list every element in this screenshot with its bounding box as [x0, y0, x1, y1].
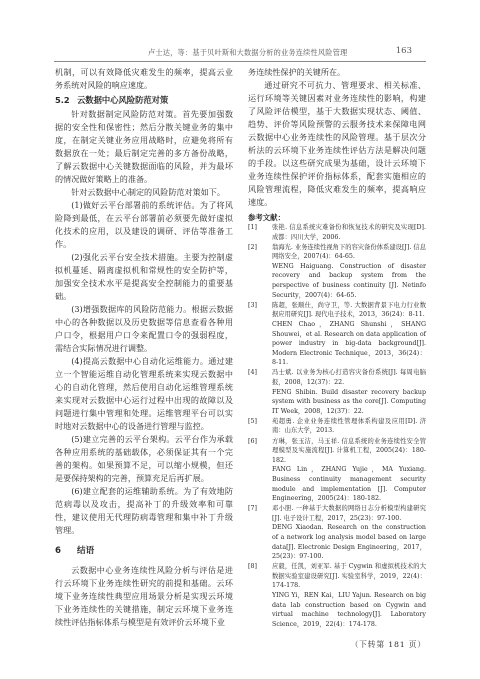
paragraph: 针对云数据中心制定的风险防范对策如下。 — [55, 186, 233, 199]
references-title: 参考文献： — [248, 211, 426, 223]
reference-item: [4]冯士斌. 以业务为核心打造容灾备份系统[J]. 每周电脑报，2008，12… — [248, 368, 426, 416]
reference-zh: 应毅，任凯，刘亚军. 基于 Cygwin 和虚拟机技术的大数据实验室建设研究[J… — [272, 563, 426, 589]
reference-zh: 陈超，张顺仕，尚守卫，等. 大数据背景下电力行业数据应用研究[J]. 现代电子技… — [272, 302, 426, 319]
paragraph-continued: 务连续性保护的关键所在。 — [248, 66, 426, 79]
page-number: 163 — [396, 46, 412, 56]
section-number: 6 — [55, 545, 77, 558]
reference-zh: 苑超勇. 企业业务连续性管理体系构建及应用[D]. 济南：山东大学，2013. — [272, 418, 426, 435]
reference-zh: 张艳. 信息系统灾难备份和恢复技术的研究及实现[D]. 成都：四川大学，2006… — [272, 224, 426, 241]
paragraph: (2)强化云平台安全技术措施。主要为控制虚拟机蔓延、隔离虚拟机和常规性的安全防护… — [55, 251, 233, 303]
reference-zh: 方琳，张玉洁，马玉祥. 信息系统的业务连续性安全管理模型及实施流程[J]. 计算… — [272, 438, 426, 464]
section-title: 结语 — [77, 546, 94, 556]
section-heading-5-2: 5.2云数据中心风险防范对策 — [55, 94, 233, 107]
paragraph: 通过研究不可抗力、管理要求、相关标准、运行环境等关键因素对业务连续性的影响，构建… — [248, 79, 426, 209]
left-column: 机制，可以有效降低灾难发生的频率，提高云业务系统对风险的响应速度。 5.2云数据… — [55, 66, 233, 629]
reference-index: [7] — [248, 504, 257, 514]
reference-zh: 冯士斌. 以业务为核心打造容灾备份系统[J]. 每周电脑报，2008，12(37… — [272, 369, 426, 386]
paragraph: (6)建立配套的运维辅助系统。为了有效地防范病毒以及攻击，提高补丁的升级效率和可… — [55, 485, 233, 537]
reference-index: [8] — [248, 562, 257, 572]
paragraph: (1)做好云平台部署前的系统评估。为了将风险降到最低，在云平台部署前必须要先做好… — [55, 199, 233, 251]
reference-item: [8]应毅，任凯，刘亚军. 基于 Cygwin 和虚拟机技术的大数据实验室建设研… — [248, 562, 426, 629]
paragraph: (5)建立完善的云平台架构。云平台作为承载各种应用系统的基础载体，必须保证其有一… — [55, 433, 233, 485]
reference-en: WENG Haiguang. Construction of disaster … — [272, 262, 426, 300]
section-title: 云数据中心风险防范对策 — [77, 95, 168, 105]
paragraph-continued: 机制，可以有效降低灾难发生的频率，提高云业务系统对风险的响应速度。 — [55, 66, 233, 92]
running-header: 卢士达，等：基于贝叶斯和大数据分析的业务连续性风险管理 163 — [54, 44, 426, 62]
reference-index: [4] — [248, 368, 257, 378]
reference-list: [1]张艳. 信息系统灾难备份和恢复技术的研究及实现[D]. 成都：四川大学，2… — [248, 223, 426, 629]
conclusion-paragraph: 云数据中心业务连续性风险分析与评估是进行云环境下业务连续性研究的前提和基础。云环… — [55, 564, 233, 629]
paragraph: (3)增强数据库的风险防范能力。根据云数据中心的各种数据以及历史数据等信息查看各… — [55, 303, 233, 355]
reference-en: FANG Lin，ZHANG Yujie，MA Yuxiang. Busines… — [272, 465, 426, 503]
reference-en: FENG Shibin. Build disaster recovery bac… — [272, 388, 426, 417]
reference-item: [3]陈超，张顺仕，尚守卫，等. 大数据背景下电力行业数据应用研究[J]. 现代… — [248, 301, 426, 368]
reference-en: DENG Xiaodan. Research on the constructi… — [272, 523, 426, 561]
reference-item: [6]方琳，张玉洁，马玉祥. 信息系统的业务连续性安全管理模型及实施流程[J].… — [248, 437, 426, 504]
reference-item: [1]张艳. 信息系统灾难备份和恢复技术的研究及实现[D]. 成都：四川大学，2… — [248, 223, 426, 242]
reference-item: [5]苑超勇. 企业业务连续性管理体系构建及应用[D]. 济南：山东大学，201… — [248, 417, 426, 436]
section-heading-6: 6结语 — [55, 545, 233, 558]
reference-index: [6] — [248, 437, 257, 447]
right-column: 务连续性保护的关键所在。 通过研究不可抗力、管理要求、相关标准、运行环境等关键因… — [248, 66, 426, 651]
paragraph: (4)提高云数据中心自动化运维能力。通过建立一个智能运维自动化管理系统来实现云数… — [55, 355, 233, 433]
reference-index: [3] — [248, 301, 257, 311]
paragraph: 针对数据制定风险防范对策。首先要加强数据的安全性和保密性；然后分散关键业务的集中… — [55, 108, 233, 186]
reference-en: CHEN Chao，ZHANG Shunshi，SHANG Shouwei，et… — [272, 320, 426, 368]
running-title: 卢士达，等：基于贝叶斯和大数据分析的业务连续性风险管理 — [148, 48, 347, 58]
reference-index: [2] — [248, 243, 257, 253]
reference-index: [1] — [248, 223, 257, 233]
reference-item: [7]邓小胆. 一种基于大数据的网络日志分析模型构建研究[J]. 电子设计工程，… — [248, 504, 426, 562]
reference-index: [5] — [248, 417, 257, 427]
continued-note: （下转第 181 页） — [248, 638, 426, 651]
reference-zh: 邓小胆. 一种基于大数据的网络日志分析模型构建研究[J]. 电子设计工程，201… — [272, 505, 426, 522]
section-number: 5.2 — [55, 94, 77, 107]
reference-zh: 翁海光. 业务连续性视角下的容灾备份体系建设[J]. 信息网络安全，2007(4… — [272, 244, 426, 261]
reference-en: YING Yi，REN Kai，LIU Yajun. Research on b… — [272, 591, 426, 629]
reference-item: [2]翁海光. 业务连续性视角下的容灾备份体系建设[J]. 信息网络安全，200… — [248, 243, 426, 301]
